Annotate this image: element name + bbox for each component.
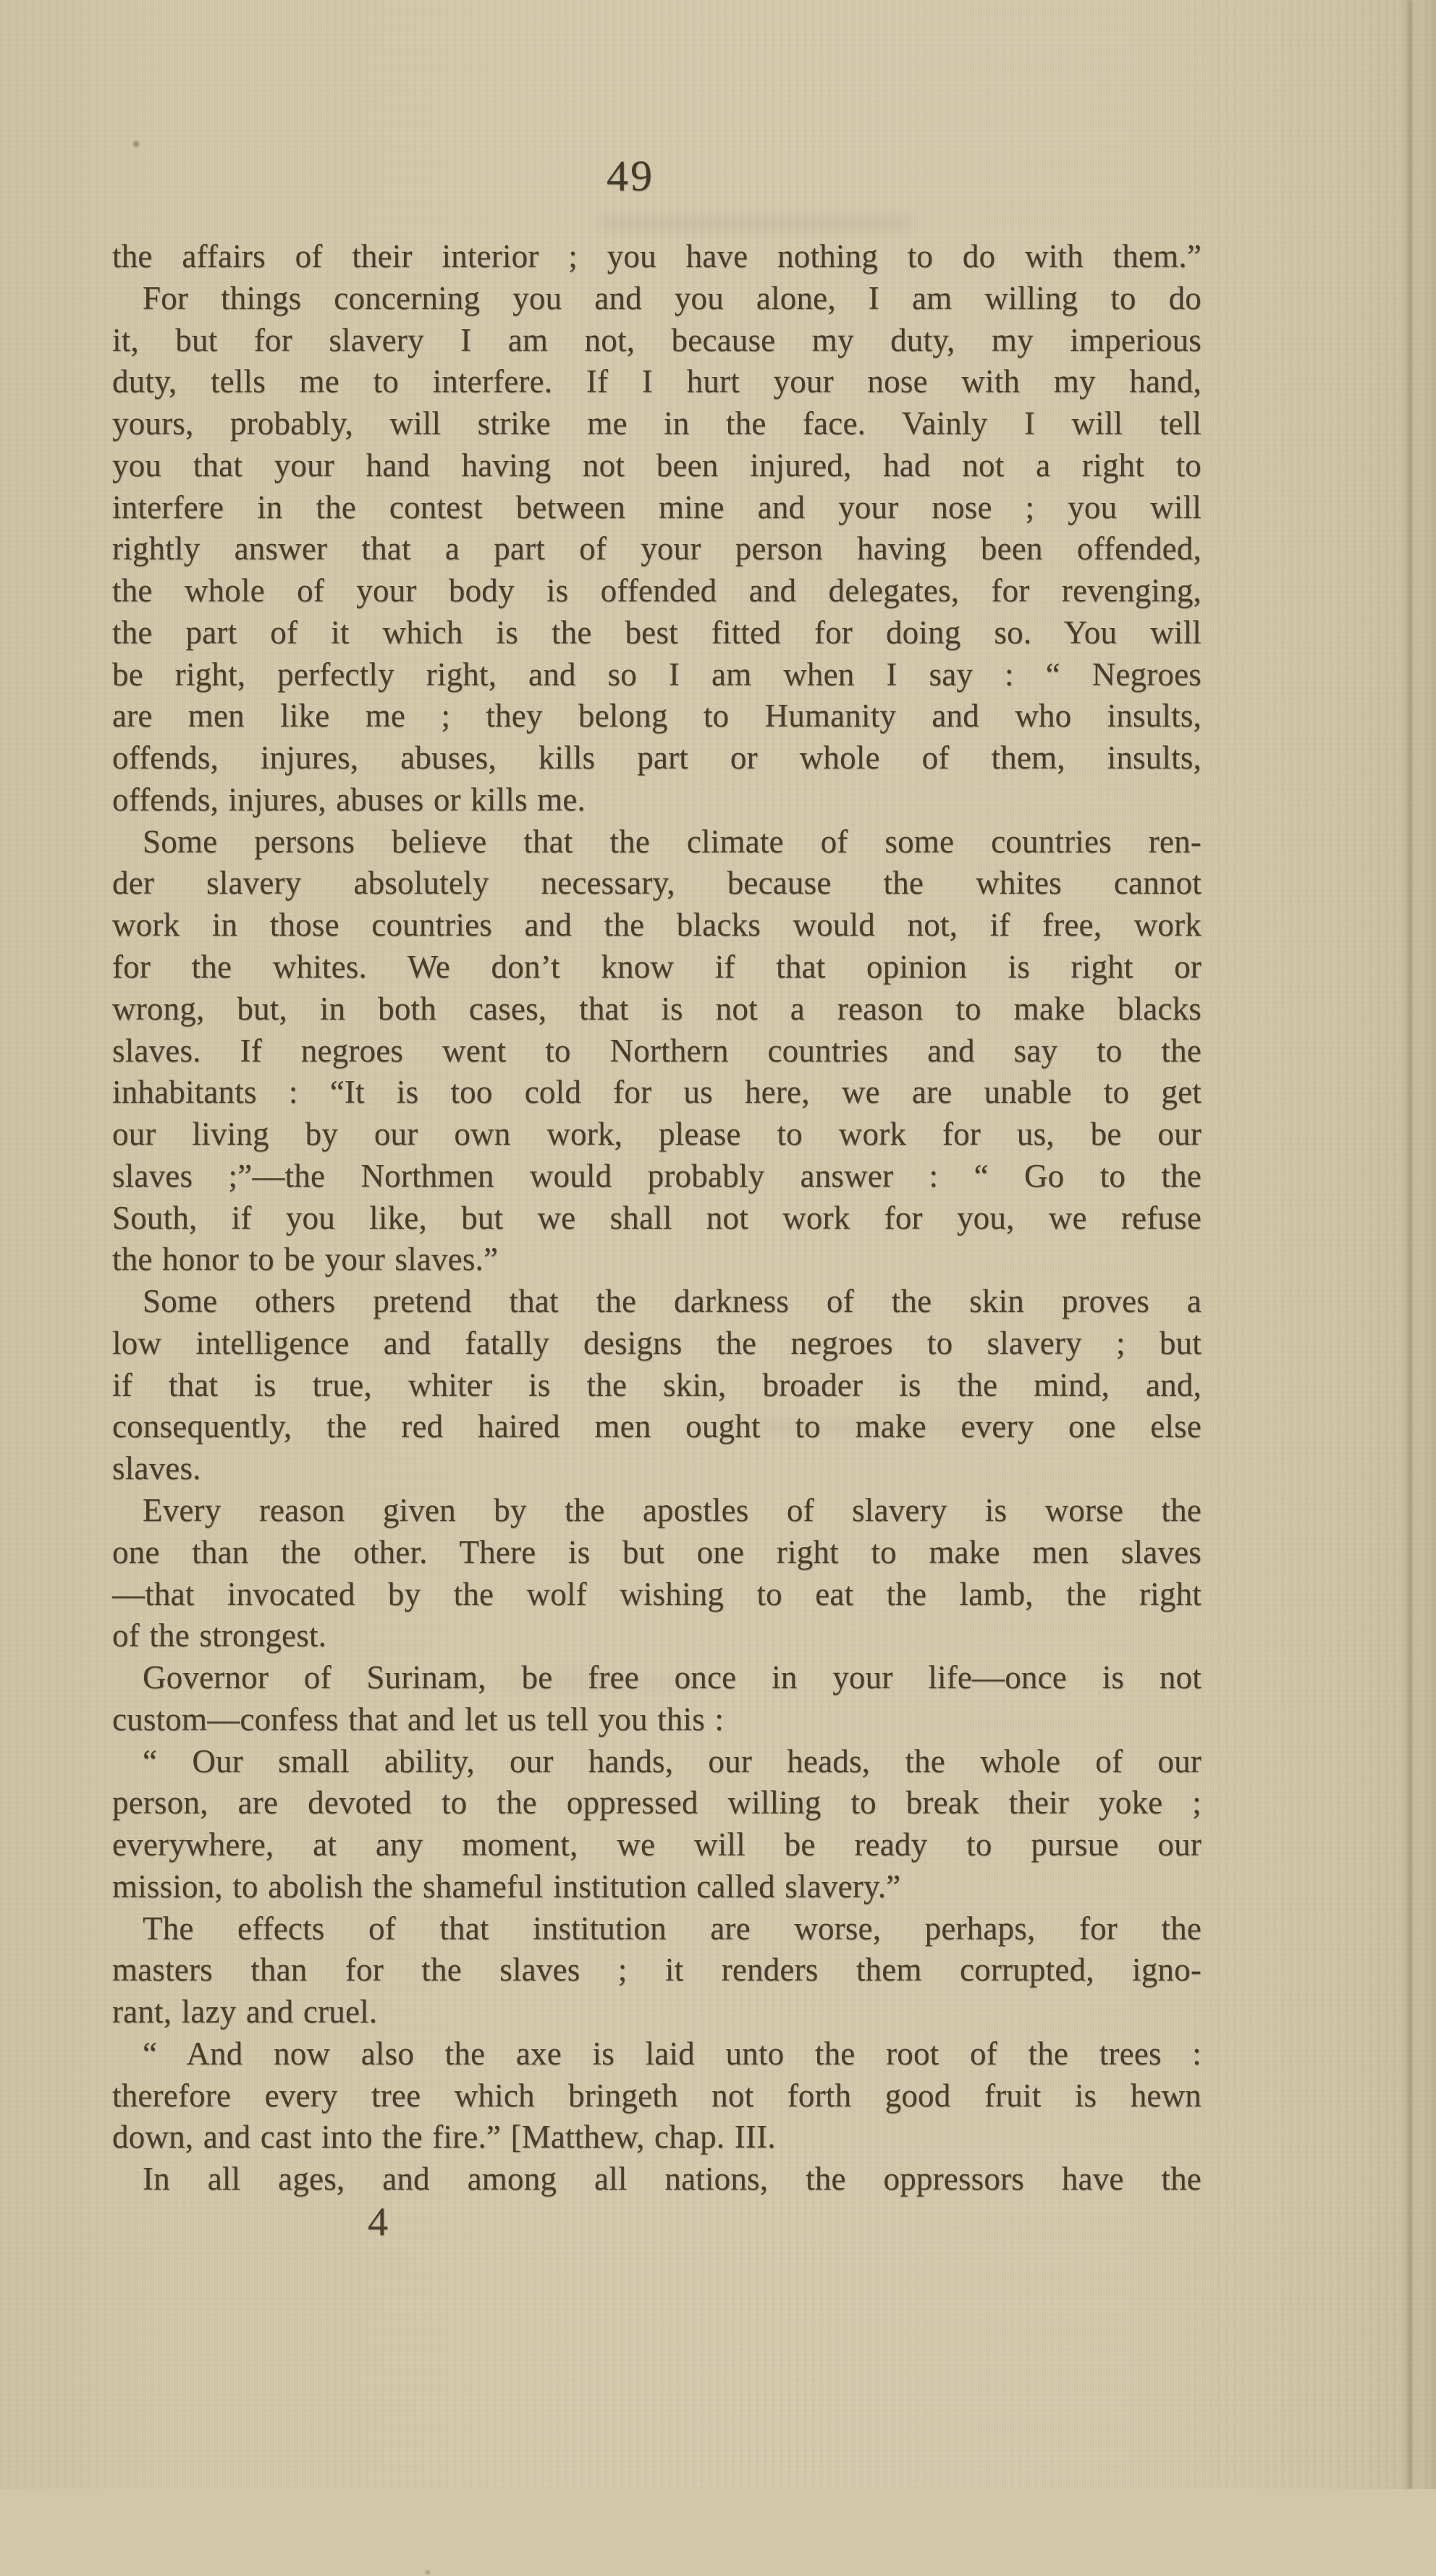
text-line: Some persons believe that the climate of…	[112, 821, 1201, 863]
page-edge-shadow	[1419, 0, 1436, 2489]
text-line: der slavery absolutely necessary, becaus…	[112, 863, 1201, 904]
text-line: Some others pretend that the darkness of…	[112, 1281, 1201, 1323]
scanned-book-page: 49 the affairs of their interior ; you h…	[0, 0, 1436, 2489]
text-line: mission, to abolish the shameful institu…	[112, 1866, 1201, 1908]
text-line: down, and cast into the fire.” [Matthew,…	[112, 2117, 1201, 2158]
text-line: everywhere, at any moment, we will be re…	[112, 1824, 1201, 1866]
text-line: be right, perfectly right, and so I am w…	[112, 654, 1201, 696]
text-line: rightly answer that a part of your perso…	[112, 528, 1201, 570]
text-line: “ Our small ability, our hands, our head…	[112, 1741, 1201, 1783]
text-line: custom—confess that and let us tell you …	[112, 1699, 1201, 1741]
text-line: rant, lazy and cruel.	[112, 1991, 1201, 2033]
text-line: consequently, the red haired men ought t…	[112, 1406, 1201, 1448]
text-line: the honor to be your slaves.”	[112, 1239, 1201, 1281]
text-line: person, are devoted to the oppressed wil…	[112, 1782, 1201, 1824]
text-line: low intelligence and fatally designs the…	[112, 1323, 1201, 1365]
text-line: of the strongest.	[112, 1615, 1201, 1657]
paper-speck	[132, 139, 140, 149]
text-line: the part of it which is the best fitted …	[112, 612, 1201, 654]
text-line: interfere in the contest between mine an…	[112, 487, 1201, 529]
text-line: wrong, but, in both cases, that is not a…	[112, 988, 1201, 1030]
text-line: the affairs of their interior ; you have…	[112, 236, 1201, 278]
text-line: For things concerning you and you alone,…	[112, 278, 1201, 320]
text-line: work in those countries and the blacks w…	[112, 904, 1201, 946]
text-line: masters than for the slaves ; it renders…	[112, 1949, 1201, 1991]
body-text: the affairs of their interior ; you have…	[112, 236, 1201, 2200]
text-line: are men like me ; they belong to Humanit…	[112, 695, 1201, 737]
text-line: In all ages, and among all nations, the …	[112, 2158, 1201, 2200]
text-line: our living by our own work, please to wo…	[112, 1114, 1201, 1156]
text-line: inhabitants : “It is too cold for us her…	[112, 1072, 1201, 1114]
text-line: slaves. If negroes went to Northern coun…	[112, 1030, 1201, 1072]
text-line: The effects of that institution are wors…	[112, 1908, 1201, 1950]
text-line: the whole of your body is offended and d…	[112, 570, 1201, 612]
text-line: —that invocated by the wolf wishing to e…	[112, 1574, 1201, 1616]
text-line: offends, injures, abuses, kills part or …	[112, 737, 1201, 779]
text-line: “ And now also the axe is laid unto the …	[112, 2033, 1201, 2075]
text-line: South, if you like, but we shall not wor…	[112, 1198, 1201, 1240]
text-line: duty, tells me to interfere. If I hurt y…	[112, 361, 1201, 403]
text-line: Every reason given by the apostles of sl…	[112, 1490, 1201, 1532]
text-line: it, but for slavery I am not, because my…	[112, 320, 1201, 362]
text-line: slaves.	[112, 1448, 1201, 1490]
text-line: Governor of Surinam, be free once in you…	[112, 1657, 1201, 1699]
text-line: if that is true, whiter is the skin, bro…	[112, 1365, 1201, 1407]
text-line: offends, injures, abuses or kills me.	[112, 779, 1201, 821]
signature-mark: 4	[342, 2200, 414, 2245]
text-line: yours, probably, will strike me in the f…	[112, 403, 1201, 445]
text-line: slaves ;”—the Northmen would probably an…	[112, 1156, 1201, 1198]
text-line: therefore every tree which bringeth not …	[112, 2075, 1201, 2117]
text-line: for the whites. We don’t know if that op…	[112, 946, 1201, 988]
text-line: you that your hand having not been injur…	[112, 445, 1201, 487]
ink-showthrough-smudge	[601, 216, 912, 230]
page-number: 49	[558, 152, 703, 200]
page-crease	[1403, 0, 1417, 2489]
text-line: one than the other. There is but one rig…	[112, 1532, 1201, 1574]
paper-speck	[116, 2098, 127, 2104]
